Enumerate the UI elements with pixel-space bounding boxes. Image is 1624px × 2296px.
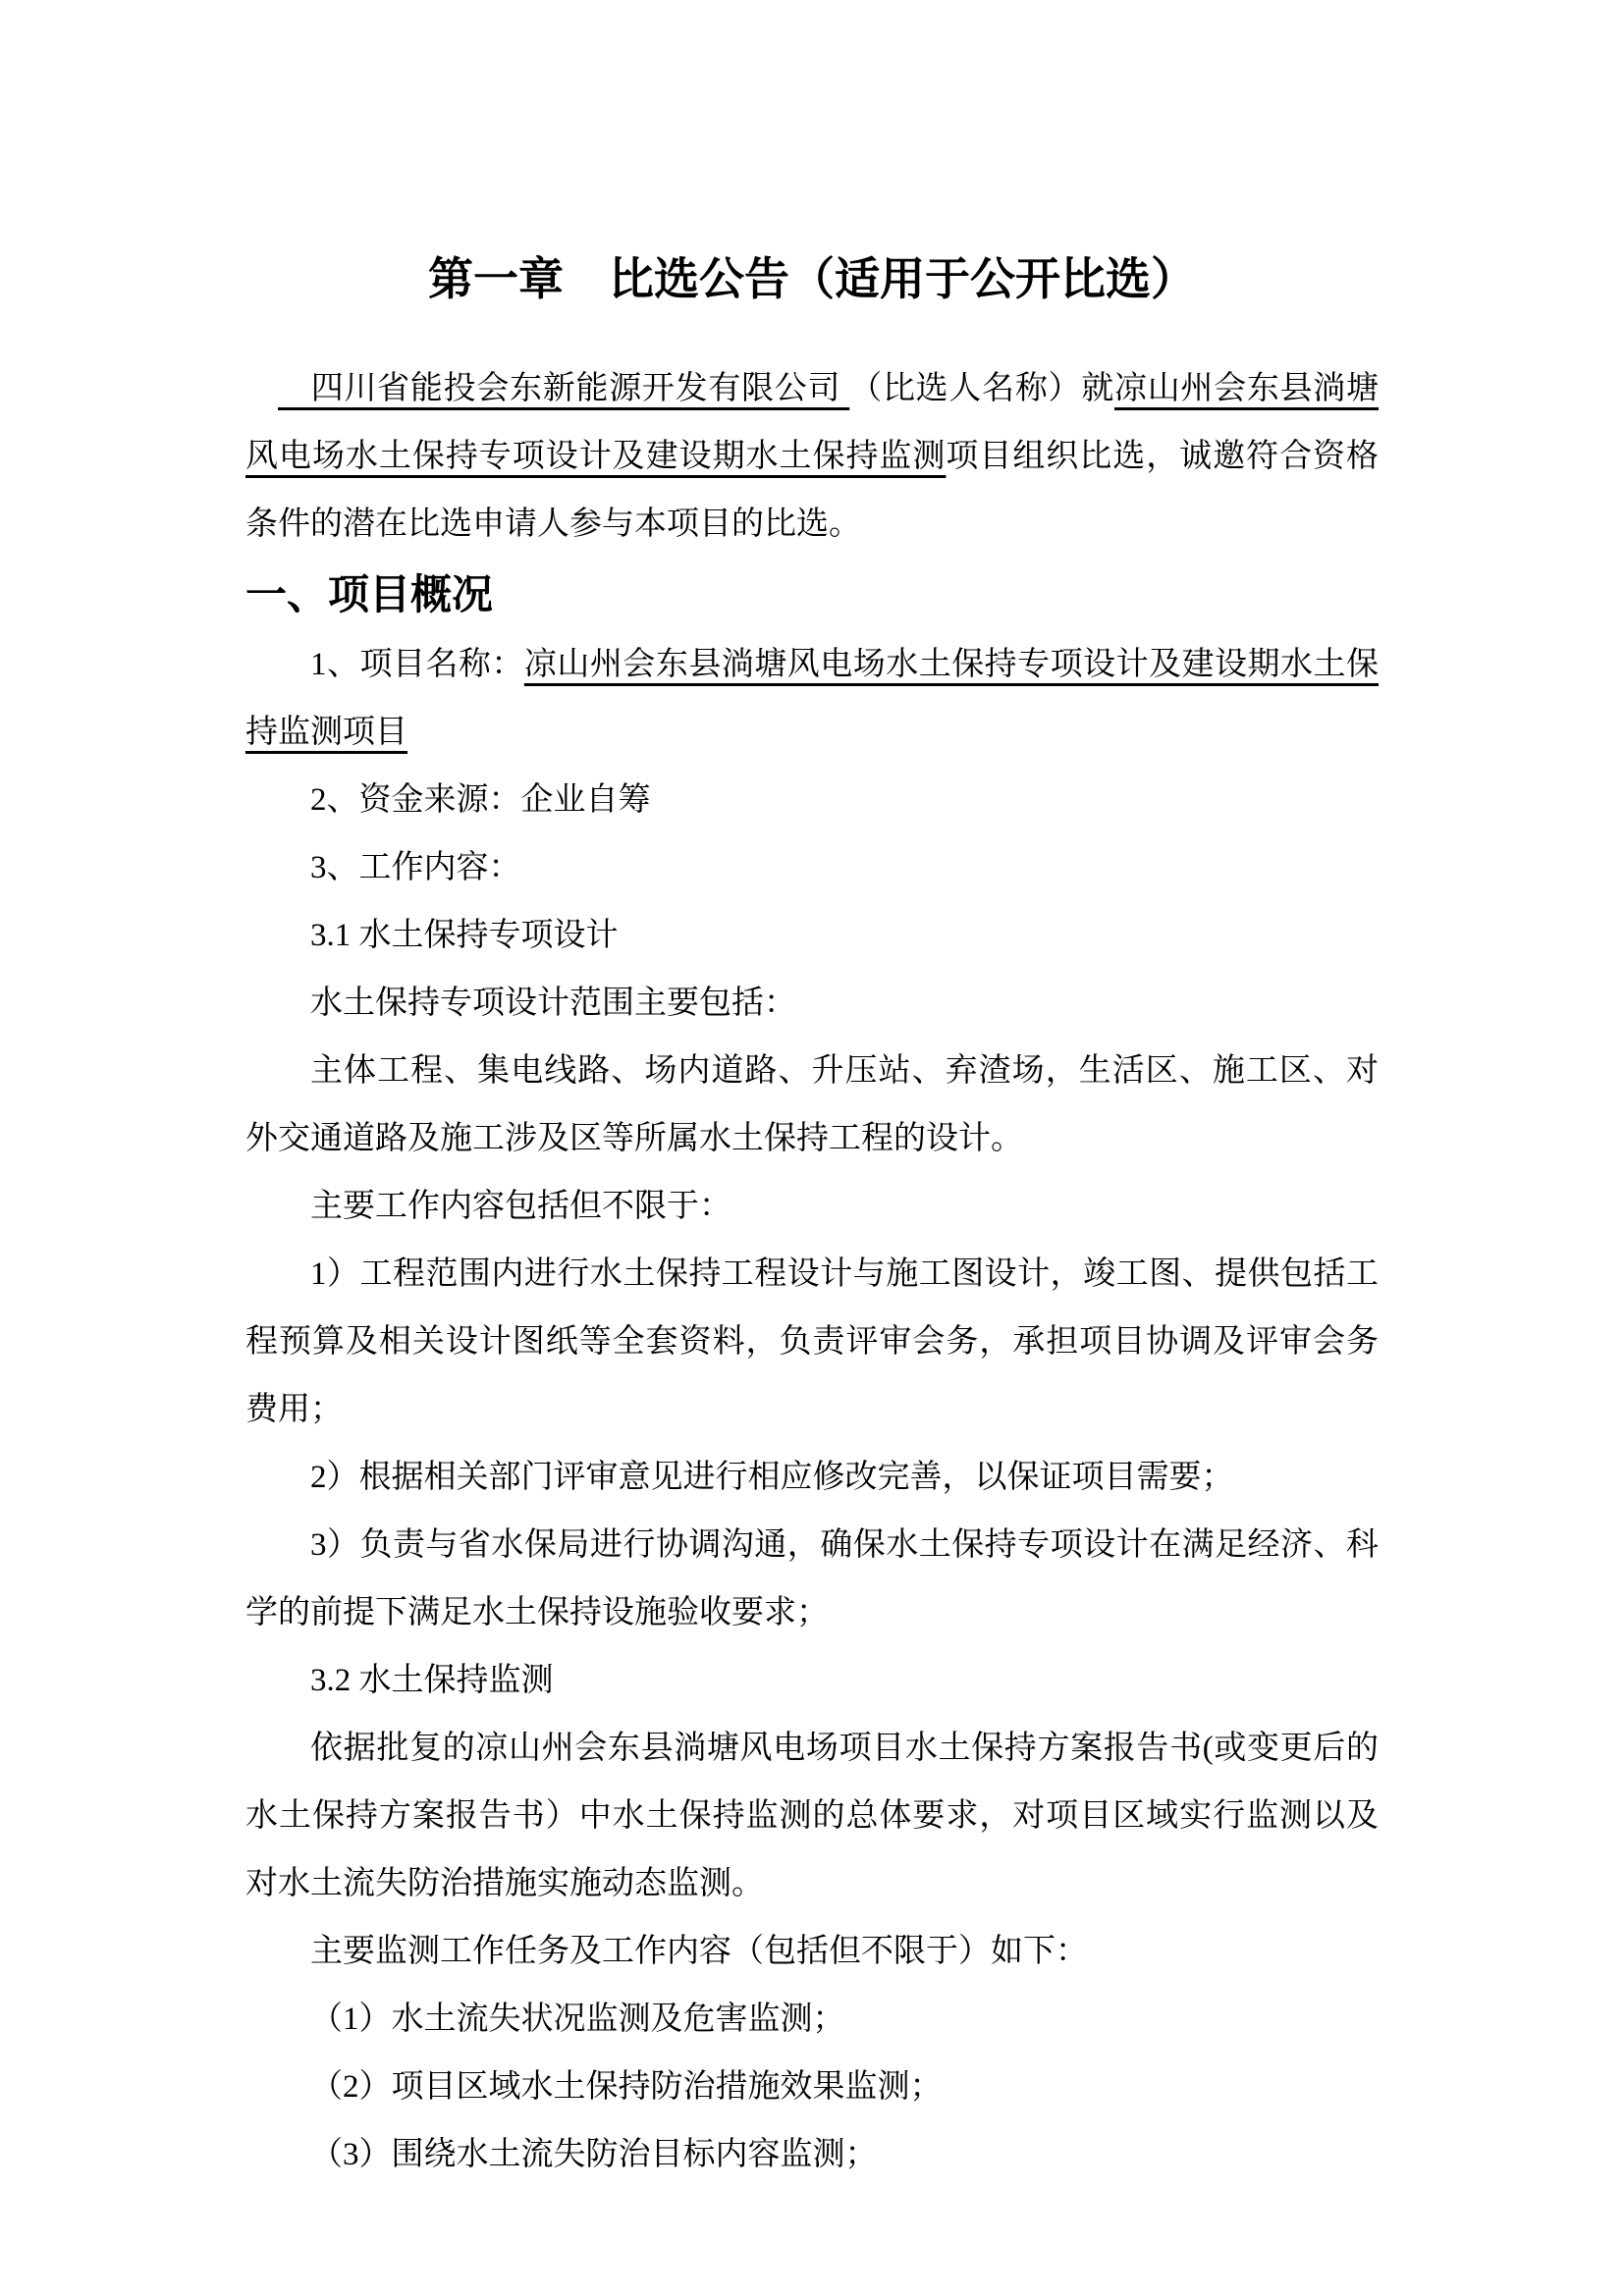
item-3-1-soil-conservation-design: 3.1 水土保持专项设计: [245, 902, 1379, 970]
para-work-item-3: 3）负责与省水保局进行协调沟通，确保水土保持专项设计在满足经济、科学的前提下满足…: [245, 1512, 1379, 1647]
text-run: 3、工作内容：: [310, 850, 521, 885]
text-run: 主要工作内容包括但不限于：: [310, 1189, 731, 1224]
document-page: 第一章 比选公告（适用于公开比选） 四川省能投会东新能源开发有限公司 （比选人名…: [0, 0, 1624, 2296]
text-run: 3.2 水土保持监测: [310, 1663, 554, 1698]
para-design-scope-intro: 水土保持专项设计范围主要包括：: [245, 970, 1379, 1038]
text-run: （2）项目区域水土保持防治措施效果监测；: [310, 2069, 943, 2105]
document-body: 1、项目名称：凉山州会东县淌塘风电场水土保持专项设计及建设期水土保持监测项目2、…: [245, 631, 1379, 2189]
text-run: （3）围绕水土流失防治目标内容监测；: [310, 2137, 878, 2172]
item-funding-source: 2、资金来源：企业自筹: [245, 767, 1379, 834]
para-work-item-2: 2）根据相关部门评审意见进行相应修改完善，以保证项目需要；: [245, 1444, 1379, 1512]
para-monitoring-tasks-intro: 主要监测工作任务及工作内容（包括但不限于）如下：: [245, 1918, 1379, 1986]
intro-paragraph: 四川省能投会东新能源开发有限公司 （比选人名称）就凉山州会东县淌塘风电场水土保持…: [245, 355, 1379, 559]
text-run: 1、项目名称：: [310, 647, 524, 682]
para-monitoring-task-3: （3）围绕水土流失防治目标内容监测；: [245, 2121, 1379, 2189]
section-heading-project-overview: 一、项目概况: [245, 561, 1379, 631]
text-run: 主体工程、集电线路、场内道路、升压站、弃渣场，生活区、施工区、对外交通道路及施工…: [245, 1053, 1379, 1156]
para-design-scope: 主体工程、集电线路、场内道路、升压站、弃渣场，生活区、施工区、对外交通道路及施工…: [245, 1038, 1379, 1173]
text-run: 1）工程范围内进行水土保持工程设计与施工图设计，竣工图、提供包括工程预算及相关设…: [245, 1256, 1379, 1427]
item-3-2-soil-conservation-monitoring: 3.2 水土保持监测: [245, 1647, 1379, 1715]
text-run: 2、资金来源：企业自筹: [310, 782, 651, 818]
text-run: 依据批复的凉山州会东县淌塘风电场项目水土保持方案报告书(或变更后的水土保持方案报…: [245, 1731, 1379, 1901]
text-run: （比选人名称）就: [849, 371, 1114, 406]
para-work-item-1: 1）工程范围内进行水土保持工程设计与施工图设计，竣工图、提供包括工程预算及相关设…: [245, 1241, 1379, 1444]
para-monitoring-basis: 依据批复的凉山州会东县淌塘风电场项目水土保持方案报告书(或变更后的水土保持方案报…: [245, 1715, 1379, 1918]
text-run: 3.1 水土保持专项设计: [310, 918, 619, 953]
text-run: 水土保持专项设计范围主要包括：: [310, 986, 796, 1021]
item-project-name: 1、项目名称：凉山州会东县淌塘风电场水土保持专项设计及建设期水土保持监测项目: [245, 631, 1379, 767]
item-work-content: 3、工作内容：: [245, 834, 1379, 902]
text-run: 主要监测工作任务及工作内容（包括但不限于）如下：: [310, 1934, 1088, 1969]
underlined-text-run: 四川省能投会东新能源开发有限公司: [278, 371, 849, 406]
chapter-title: 第一章 比选公告（适用于公开比选）: [245, 245, 1379, 314]
para-monitoring-task-2: （2）项目区域水土保持防治措施效果监测；: [245, 2054, 1379, 2121]
text-run: 3）负责与省水保局进行协调沟通，确保水土保持专项设计在满足经济、科学的前提下满足…: [245, 1527, 1379, 1630]
para-monitoring-task-1: （1）水土流失状况监测及危害监测；: [245, 1986, 1379, 2054]
text-run: 2）根据相关部门评审意见进行相应修改完善，以保证项目需要；: [310, 1460, 1234, 1495]
para-main-work-intro: 主要工作内容包括但不限于：: [245, 1173, 1379, 1241]
text-run: （1）水土流失状况监测及危害监测；: [310, 2002, 845, 2037]
